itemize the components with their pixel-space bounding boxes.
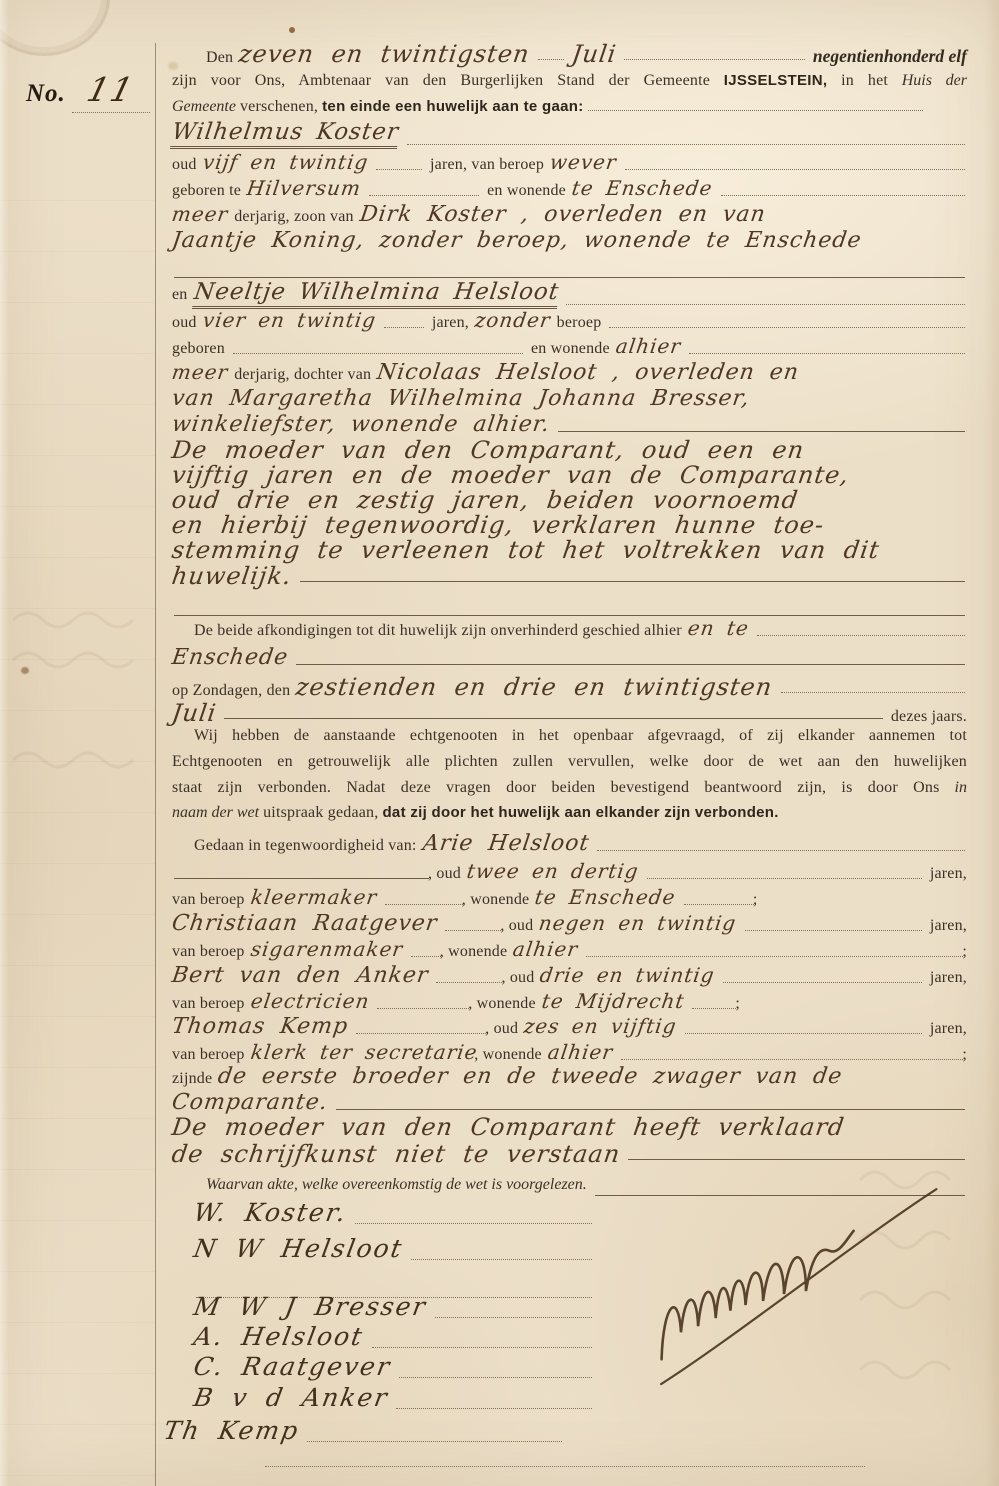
dotted-fill — [72, 112, 150, 113]
dotted-fill — [399, 1377, 592, 1378]
bride-name: Neeltje Wilhelmina Helsloot — [191, 279, 560, 309]
printed-text: verschenen, — [240, 98, 318, 115]
solid-rule — [174, 878, 429, 879]
handwritten-day: zeven en twintigsten — [237, 40, 532, 68]
dotted-fill — [411, 956, 441, 957]
printed-text-bold: ten einde een huwelijk aan te gaan: — [322, 98, 583, 115]
handwritten-text: De moeder van den Comparant, oud een en — [170, 436, 806, 464]
act-number-value: 11 — [83, 70, 139, 109]
dotted-fill — [355, 1223, 592, 1224]
printed-label: , wonende — [474, 1046, 542, 1064]
witness1-age-line: , oud twee en dertig jaren, — [172, 859, 967, 883]
printed-label: jaren, — [930, 917, 967, 935]
dotted-fill — [609, 327, 965, 328]
consent-line6: huwelijk. — [172, 562, 967, 586]
witness2-occupation: sigarenmaker — [249, 937, 404, 961]
dotted-fill — [372, 1347, 592, 1348]
dotted-fill — [781, 692, 965, 693]
printed-label: , oud — [428, 865, 461, 883]
witness-relation-line2: Comparante. — [172, 1090, 967, 1114]
printed-text: De beide afkondigingen tot dit huwelijk … — [172, 622, 682, 640]
dotted-fill — [436, 982, 502, 983]
bride-father: Nicolaas Helsloot , overleden en — [375, 360, 801, 385]
witness1-occupation: kleermaker — [249, 885, 379, 909]
handwritten-text: en hierbij tegenwoordig, verklaren hunne… — [170, 511, 826, 539]
witness3-name: Bert van den Anker — [170, 963, 430, 988]
witness2-name: Christiaan Raatgever — [170, 911, 439, 936]
officiant-line: zijn voor Ons, Ambtenaar van den Burgerl… — [172, 72, 967, 96]
dotted-fill — [376, 169, 422, 170]
printed-label: beroep — [557, 314, 602, 332]
solid-rule — [336, 1109, 965, 1110]
handwritten-text: oud drie en zestig jaren, beiden voornoe… — [170, 486, 800, 514]
note-line2: de schrijfkunst niet te verstaan — [172, 1140, 967, 1164]
solid-rule — [224, 718, 882, 719]
dotted-fill — [407, 144, 965, 145]
bride-mother: van Margaretha Wilhelmina Johanna Bresse… — [170, 386, 751, 411]
bride-name-line: en Neeltje Wilhelmina Helsloot — [172, 279, 967, 309]
printed-label: jaren, van beroep — [430, 156, 544, 174]
dotted-fill — [396, 1408, 592, 1409]
printed-label: derjarig, dochter van — [234, 366, 371, 384]
dotted-fill — [685, 1033, 922, 1034]
handwritten-text: vijftig jaren en de moeder van de Compar… — [170, 461, 851, 489]
printed-label: van beroep — [172, 891, 245, 909]
groom-signature: W. Koster. — [191, 1198, 349, 1227]
dotted-fill — [538, 59, 564, 60]
printed-label: jaren, — [930, 969, 967, 987]
vows-line2: Echtgenooten en getrouwelijk alle plicht… — [172, 753, 967, 777]
bride-signature: N W Helsloot — [191, 1234, 405, 1263]
mother-signature: M W J Bresser — [191, 1292, 429, 1321]
witness2-signature: C. Raatgever — [191, 1352, 393, 1381]
printed-label: dezes jaars. — [891, 708, 967, 726]
printed-label: van beroep — [172, 995, 245, 1013]
printed-label: Gedaan in tegenwoordigheid van: — [172, 837, 417, 855]
announcement-dates: zestienden en drie en twintigsten — [294, 673, 774, 701]
witness3-residence: te Mijdrecht — [540, 989, 686, 1013]
embossed-seal — [0, 0, 110, 56]
witness4-age: zes en vijftig — [522, 1014, 678, 1038]
printed-label: jaren, — [930, 865, 967, 883]
announcement-line2: Enschede — [172, 645, 967, 669]
signature-line-witness1: A. Helsloot — [194, 1322, 594, 1352]
bride-age-line: oud vier en twintig jaren, zonder beroep — [172, 308, 967, 332]
printed-label: Den — [172, 49, 233, 67]
groom-occupation: wever — [548, 150, 618, 174]
printed-label: geboren — [172, 340, 225, 358]
dotted-fill — [721, 195, 965, 196]
witness1-signature: A. Helsloot — [191, 1322, 366, 1351]
printed-text-italic: Huis der — [902, 72, 967, 89]
bride-birth-line: geboren en wonende alhier — [172, 334, 967, 358]
printed-punctuation: ; — [962, 1046, 967, 1064]
printed-label: op Zondagen, den — [172, 682, 290, 700]
groom-age: vijf en twintig — [201, 150, 370, 174]
bride-father-line: meer derjarig, dochter van Nicolaas Hels… — [172, 360, 967, 384]
printed-label: van beroep — [172, 943, 245, 961]
groom-mother-line: Jaantje Koning, zonder beroep, wonende t… — [172, 228, 967, 252]
margin-bleedthrough — [0, 150, 155, 1486]
printed-text-italic: naam der wet — [172, 804, 259, 821]
printed-text: Wij hebben de aanstaande echtgenooten in… — [172, 727, 967, 744]
printed-label: oud — [172, 314, 197, 332]
printed-closing: Waarvan akte, welke overeenkomstig de we… — [172, 1176, 587, 1194]
dotted-fill — [233, 353, 523, 354]
handwritten-month: Juli — [570, 40, 618, 68]
printed-punctuation: ; — [753, 891, 758, 909]
dotted-fill — [624, 59, 805, 60]
announcement-month: Juli — [170, 699, 218, 727]
ink-stain — [21, 667, 29, 674]
witness3-name-line: Bert van den Anker , oud drie en twintig… — [172, 963, 967, 987]
witness2-name-line: Christiaan Raatgever , oud negen en twin… — [172, 911, 967, 935]
dotted-fill — [684, 904, 754, 905]
printed-label: en wonende — [487, 182, 566, 200]
witness-relation-line1: zijnde de eerste broeder en de tweede zw… — [172, 1064, 967, 1088]
printed-label: van beroep — [172, 1046, 245, 1064]
dotted-fill — [745, 930, 922, 931]
dotted-fill — [723, 982, 922, 983]
printed-label: derjarig, zoon van — [234, 208, 354, 226]
handwritten-meer: meer — [170, 360, 230, 384]
consent-line5: stemming te verleenen tot het voltrekken… — [172, 536, 967, 560]
bride-mother-line1: van Margaretha Wilhelmina Johanna Bresse… — [172, 386, 967, 410]
dotted-fill — [385, 904, 463, 905]
dotted-fill — [689, 353, 965, 354]
signature-line-mother: M W J Bresser — [194, 1292, 594, 1322]
dotted-fill — [445, 930, 501, 931]
dotted-fill — [307, 1441, 562, 1442]
printed-text: staat zijn verbonden. Nadat deze vragen … — [172, 779, 940, 796]
groom-age-line: oud vijf en twintig jaren, van beroep we… — [172, 150, 967, 174]
groom-residence: te Enschede — [570, 176, 714, 200]
act-number-label: No. — [26, 80, 66, 108]
handwritten-text: en te — [686, 616, 750, 640]
printed-punctuation: ; — [735, 995, 740, 1013]
printed-punctuation: ; — [962, 943, 967, 961]
witness1-age: twee en dertig — [465, 859, 640, 883]
groom-birth-line: geboren te Hilversum en wonende te Ensch… — [172, 176, 967, 200]
signature-line-witness2: C. Raatgever — [194, 1352, 594, 1382]
dotted-fill — [384, 327, 424, 328]
witness1-residence: te Enschede — [534, 885, 678, 909]
handwritten-text: huwelijk. — [170, 562, 294, 590]
announcement-place: Enschede — [170, 645, 290, 670]
marriage-certificate-page: No. 11 Den zeven en twintigsten Juli neg… — [0, 0, 999, 1486]
groom-mother: Jaantje Koning, zonder beroep, wonende t… — [170, 228, 863, 253]
dotted-fill — [588, 107, 923, 111]
dotted-fill — [621, 1059, 964, 1060]
printed-label: , wonende — [440, 943, 508, 961]
printed-text-italic: in — [955, 779, 967, 796]
printed-text-italic: Gemeente — [172, 98, 236, 115]
printed-year: negentienhonderd elf — [813, 46, 967, 67]
dotted-fill — [647, 878, 922, 879]
printed-text: in het — [841, 72, 888, 89]
bride-residence: alhier — [614, 334, 682, 358]
groom-father-line: meer derjarig, zoon van Dirk Koster , ov… — [172, 202, 967, 226]
witness-intro-line: Gedaan in tegenwoordigheid van: Arie Hel… — [172, 831, 967, 855]
printed-label: , wonende — [462, 891, 530, 909]
signature-line-groom: W. Koster. — [194, 1198, 594, 1228]
handwritten-note: De moeder van den Comparant heeft verkla… — [170, 1113, 846, 1141]
bride-mother-line2: winkeliefster, wonende alhier. — [172, 412, 967, 436]
dotted-fill — [625, 169, 965, 170]
witness2-occupation-line: van beroep sigarenmaker , wonende alhier… — [172, 937, 967, 961]
dotted-fill — [369, 195, 479, 196]
signature-line-witness4: Th Kemp — [164, 1416, 564, 1446]
witness4-name: Thomas Kemp — [170, 1014, 350, 1039]
printed-label: jaren, — [432, 314, 469, 332]
witness2-residence: alhier — [512, 937, 580, 961]
printed-label: jaren, — [930, 1020, 967, 1038]
vows-line1: Wij hebben de aanstaande echtgenooten in… — [172, 727, 967, 751]
groom-birthplace: Hilversum — [245, 176, 362, 200]
solid-rule — [174, 277, 965, 278]
vows-line4: naam der wet uitspraak gedaan, dat zij d… — [172, 804, 967, 828]
consent-line3: oud drie en zestig jaren, beiden voornoe… — [172, 486, 967, 510]
signature-line-witness3: B v d Anker — [194, 1383, 594, 1413]
groom-name-line: Wilhelmus Koster — [172, 119, 967, 149]
announcement-line3: op Zondagen, den zestienden en drie en t… — [172, 673, 967, 697]
groom-father: Dirk Koster , overleden en van — [358, 202, 767, 227]
handwritten-meer: meer — [170, 202, 230, 226]
groom-name: Wilhelmus Koster — [170, 119, 401, 149]
dotted-fill — [692, 1008, 736, 1009]
witness-relation: Comparante. — [170, 1090, 329, 1115]
witness4-name-line: Thomas Kemp , oud zes en vijftig jaren, — [172, 1014, 967, 1038]
dotted-fill — [757, 635, 965, 636]
witness-relation: de eerste broeder en de tweede zwager va… — [217, 1064, 845, 1089]
solid-rule — [628, 1159, 965, 1160]
consent-line1: De moeder van den Comparant, oud een en — [172, 436, 967, 460]
dotted-fill — [586, 956, 963, 957]
solid-rule — [296, 664, 965, 665]
witness3-occupation: electricien — [249, 989, 371, 1013]
dotted-fill — [435, 1317, 592, 1318]
printed-label: en wonende — [531, 340, 610, 358]
witness4-signature: Th Kemp — [161, 1416, 301, 1445]
dotted-fill — [597, 850, 965, 851]
witness4-occupation-line: van beroep klerk ter secretarie , wonend… — [172, 1040, 967, 1064]
bleedthrough-marks — [8, 600, 148, 820]
witness4-residence: alhier — [546, 1040, 614, 1064]
bride-mother-occupation: winkeliefster, wonende alhier. — [170, 412, 551, 437]
announcement-line1: De beide afkondigingen tot dit huwelijk … — [172, 616, 967, 640]
announcement-line4: Juli dezes jaars. — [172, 699, 967, 723]
printed-text: uitspraak gedaan, — [263, 804, 378, 821]
dotted-fill — [356, 1033, 486, 1034]
printed-label: , oud — [485, 1020, 518, 1038]
consent-line4: en hierbij tegenwoordig, verklaren hunne… — [172, 511, 967, 535]
printed-text-bold: dat zij door het huwelijk aan elkander z… — [382, 804, 778, 821]
dotted-fill — [265, 1466, 865, 1467]
handwritten-text: stemming te verleenen tot het voltrekken… — [170, 536, 882, 564]
note-line1: De moeder van den Comparant heeft verkla… — [172, 1113, 967, 1137]
bride-occupation: zonder — [473, 308, 552, 332]
municipality-name: IJSSELSTEIN, — [724, 72, 828, 89]
witness3-occupation-line: van beroep electricien , wonende te Mijd… — [172, 989, 967, 1013]
printed-text: Echtgenooten en getrouwelijk alle plicht… — [172, 753, 967, 770]
printed-label: , wonende — [468, 995, 536, 1013]
printed-label: oud — [172, 156, 197, 174]
witness1-occupation-line: van beroep kleermaker , wonende te Ensch… — [172, 885, 967, 909]
witness3-signature: B v d Anker — [191, 1383, 391, 1412]
consent-line2: vijftig jaren en de moeder van de Compar… — [172, 461, 967, 485]
printed-label: geboren te — [172, 182, 241, 200]
date-line: Den zeven en twintigsten Juli negentienh… — [172, 40, 967, 64]
printed-label: en — [172, 286, 188, 304]
handwritten-note: de schrijfkunst niet te verstaan — [170, 1140, 622, 1168]
solid-rule — [558, 431, 965, 432]
witness4-occupation: klerk ter secretarie — [249, 1040, 479, 1064]
printed-text: zijn voor Ons, Ambtenaar van den Burgerl… — [172, 72, 710, 89]
dotted-fill — [566, 304, 965, 305]
dotted-fill — [411, 1259, 592, 1260]
witness3-age: drie en twintig — [539, 963, 717, 987]
printed-label: zijnde — [172, 1070, 212, 1088]
printed-label: , oud — [500, 917, 533, 935]
witness1-name: Arie Helsloot — [421, 831, 591, 856]
solid-rule — [300, 581, 965, 582]
bride-age: vier en twintig — [201, 308, 378, 332]
printed-label: , oud — [501, 969, 534, 987]
dotted-fill — [377, 1008, 469, 1009]
vows-line3: staat zijn verbonden. Nadat deze vragen … — [172, 779, 967, 803]
margin-rule — [155, 43, 156, 1486]
witness2-age: negen en twintig — [538, 911, 739, 935]
signature-line-bride: N W Helsloot — [194, 1234, 594, 1264]
